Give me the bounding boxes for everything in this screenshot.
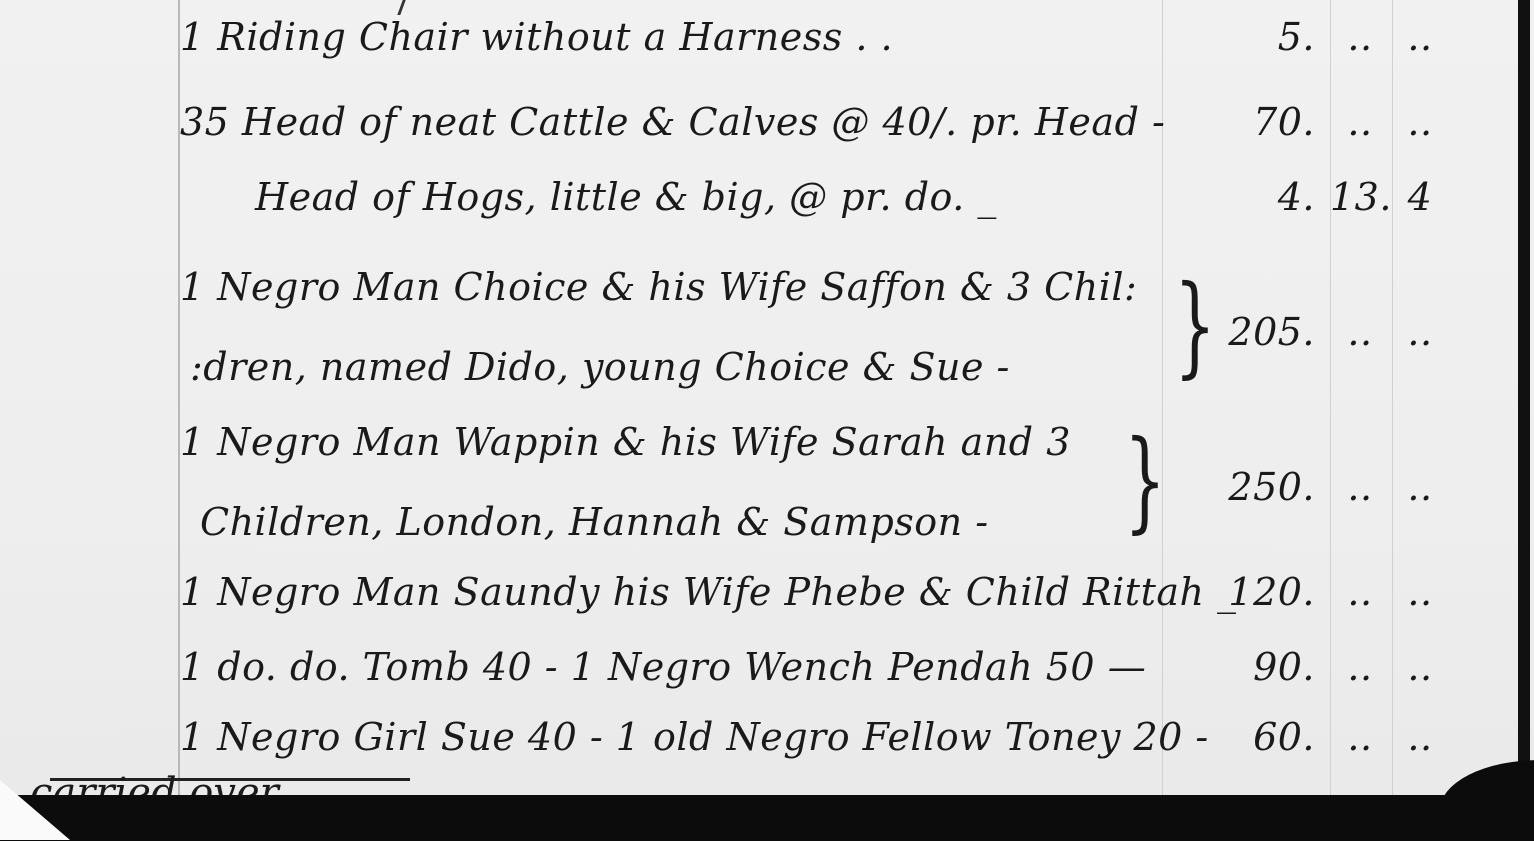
ledger-entry: 1 Negro Man Saundy his Wife Phebe & Chil… (0, 570, 1534, 630)
ledger-entry: 1 Negro Girl Sue 40 - 1 old Negro Fellow… (0, 715, 1534, 775)
entry-pounds: 70. (1195, 100, 1315, 144)
entry-description: 1 do. do. Tomb 40 - 1 Negro Wench Pendah… (180, 645, 1146, 689)
ledger-entry: 35 Head of neat Cattle & Calves @ 40/. p… (0, 100, 1534, 160)
entry-description: 1 Negro Man Wappin & his Wife Sarah and … (180, 420, 1071, 464)
ledger-entry-amount: 205. .. .. (0, 310, 1534, 370)
entry-pence: .. (1390, 715, 1450, 759)
entry-shillings: .. (1330, 465, 1390, 509)
entry-shillings: .. (1330, 570, 1390, 614)
folded-corner (0, 780, 70, 840)
entry-pounds: 120. (1195, 570, 1315, 614)
entry-shillings: .. (1330, 310, 1390, 354)
page-edge-shadow (1518, 0, 1530, 841)
entry-pence: .. (1390, 645, 1450, 689)
ledger-entry: 1 do. do. Tomb 40 - 1 Negro Wench Pendah… (0, 645, 1534, 705)
entry-pence: .. (1390, 465, 1450, 509)
entry-pence: .. (1390, 570, 1450, 614)
entry-description: 1 Negro Man Choice & his Wife Saffon & 3… (180, 265, 1137, 309)
entry-pounds: 5. (1195, 15, 1315, 59)
entry-shillings: 13. (1330, 175, 1390, 219)
entry-description: 1 Riding Chair without a Harness . . (180, 15, 893, 59)
entry-description: 35 Head of neat Cattle & Calves @ 40/. p… (180, 100, 1165, 144)
entry-pence: .. (1390, 100, 1450, 144)
ledger-entry: 1 Riding Chair without a Harness . . 5. … (0, 15, 1534, 75)
entry-description: 1 Negro Man Saundy his Wife Phebe & Chil… (180, 570, 1237, 614)
entry-pounds: 90. (1195, 645, 1315, 689)
entry-shillings: .. (1330, 645, 1390, 689)
entry-pounds: 205. (1195, 310, 1315, 354)
entry-shillings: .. (1330, 715, 1390, 759)
ledger-entry: Head of Hogs, little & big, @ pr. do. _ … (0, 175, 1534, 235)
entry-pounds: 4. (1195, 175, 1315, 219)
entry-pence: .. (1390, 15, 1450, 59)
ledger-page: 1 Riding Chair without a Harness . . 5. … (0, 0, 1534, 841)
page-bottom-shadow (0, 795, 1534, 841)
entry-pounds: 250. (1195, 465, 1315, 509)
descender-stroke (397, 0, 425, 15)
entry-pounds: 60. (1195, 715, 1315, 759)
entry-description: Head of Hogs, little & big, @ pr. do. _ (255, 175, 997, 219)
entry-description: 1 Negro Girl Sue 40 - 1 old Negro Fellow… (180, 715, 1209, 759)
ledger-entry-amount: 250. .. .. (0, 465, 1534, 525)
entry-shillings: .. (1330, 100, 1390, 144)
entry-pence: .. (1390, 310, 1450, 354)
entry-pence: 4 (1390, 175, 1450, 219)
entry-shillings: .. (1330, 15, 1390, 59)
